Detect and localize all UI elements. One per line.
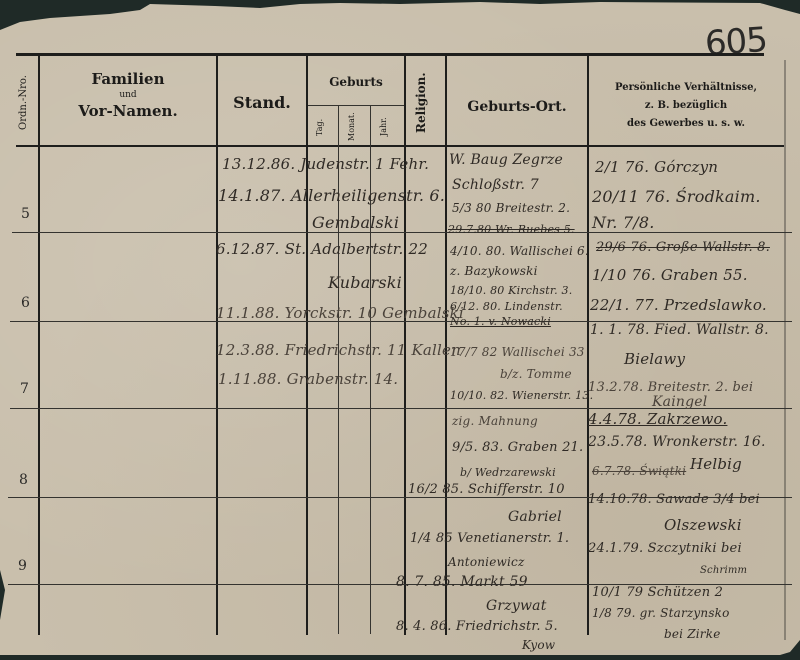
- personal-entry: 2/1 76. Górczyn: [595, 158, 718, 176]
- header-personal-line3: des Gewerbes u. s. w.: [589, 115, 783, 133]
- birthplace-entry: z. Bazykowski: [450, 264, 538, 278]
- header-ordinal: Ordn.-Nro.: [18, 66, 36, 140]
- personal-entry: 14.10.78. Sawade 3/4 bei: [588, 492, 760, 507]
- header-birth-year: Jahr.: [379, 112, 395, 142]
- row-number-5: 5: [21, 206, 30, 222]
- birthplace-entry: zig. Mahnung: [452, 414, 538, 428]
- personal-entry: Nr. 7/8.: [592, 213, 655, 232]
- row-number-9: 9: [18, 558, 27, 574]
- personal-entry: 23.5.78. Wronkerstr. 16.: [588, 434, 766, 450]
- birthplace-entry: 9/5. 83. Graben 21.: [452, 440, 583, 455]
- birthplace-entry: Kyow: [522, 638, 555, 652]
- birthplace-entry: 5/3 80 Breitestr. 2.: [452, 201, 570, 215]
- page-number: 605: [704, 20, 769, 64]
- stand-entry: Kubarski: [328, 273, 402, 292]
- birthplace-entry: W. Baug Zegrze: [449, 152, 563, 168]
- col-rule-ordinal: [38, 55, 40, 635]
- stand-entry: 14.1.87. Allerheiligenstr. 6.: [218, 186, 445, 205]
- birthplace-entry: 16/2 85. Schifferstr. 10: [408, 482, 565, 497]
- birthplace-entry: 18/10. 80 Kirchstr. 3.: [450, 284, 572, 297]
- stand-entry: 12.3.88. Friedrichstr. 11 Kallen: [216, 341, 461, 359]
- birthplace-entry: 1/4 85 Venetianerstr. 1.: [410, 531, 569, 546]
- header-status: Stand.: [218, 93, 306, 112]
- header-birth-month: Monat.: [347, 110, 363, 144]
- birthplace-entry: b/z. Tomme: [500, 367, 572, 381]
- row-number-6: 6: [21, 295, 30, 311]
- birthplace-entry: Grzywat: [486, 598, 547, 614]
- header-birth-day: Tag.: [315, 112, 331, 142]
- birthplace-entry: 8. 4. 86. Friedrichstr. 5.: [396, 619, 558, 634]
- birthplace-entry: b/ Wedrzarewski: [460, 466, 556, 479]
- register-page: 605 Ordn.-Nro. Familien und Vor-Namen. S…: [0, 0, 800, 660]
- birthplace-entry: 4/10. 80. Wallischei 6.: [450, 244, 589, 258]
- personal-entry: 10/1 79 Schützen 2: [592, 585, 723, 600]
- personal-entry: 13.2.78. Breitestr. 2. bei: [588, 380, 753, 395]
- birthplace-entry: 6/12. 80. Lindenstr.: [450, 300, 563, 313]
- personal-entry: Helbig: [690, 455, 742, 473]
- header-personal-line1: Persönliche Verhältnisse,: [589, 79, 783, 97]
- geburts-sub-rule: [307, 105, 404, 106]
- personal-entry: bei Zirke: [664, 627, 721, 641]
- header-personal-line2: z. B. bezüglich: [589, 97, 783, 115]
- header-top-rule: [16, 53, 764, 56]
- header-religion: Religion.: [414, 65, 436, 141]
- personal-entry: 22/1. 77. Przedslawko.: [590, 296, 767, 314]
- personal-entry: 20/11 76. Środkaim.: [592, 187, 761, 206]
- personal-entry: Schrimm: [700, 565, 747, 576]
- personal-entry: 1/8 79. gr. Starzynsko: [592, 606, 730, 620]
- personal-entry: Kaingel: [652, 394, 707, 410]
- row-number-7: 7: [20, 381, 29, 397]
- personal-entry: 1. 1. 78. Fied. Wallstr. 8.: [590, 322, 769, 338]
- stand-entry: 6.12.87. St. Adalbertstr. 22: [216, 240, 428, 258]
- stand-entry: 13.12.86. Judenstr. 1 Fehr.: [222, 155, 429, 173]
- personal-entry: 24.1.79. Szczytniki bei: [588, 541, 742, 556]
- personal-entry: 1/10 76. Graben 55.: [592, 266, 748, 284]
- birthplace-entry: 29.7.80 Wr. Ruebes 5.: [448, 223, 575, 236]
- birthplace-entry: Schloßstr. 7: [452, 177, 539, 193]
- birthplace-entry: Gabriel: [508, 509, 562, 525]
- header-names-line3: Vor-Namen.: [40, 102, 216, 120]
- birthplace-entry: 8. 7. 85. Markt 59: [396, 574, 528, 590]
- row-number-8: 8: [19, 472, 28, 488]
- personal-entry: Olszewski: [664, 516, 742, 534]
- header-names: Familien und Vor-Namen.: [40, 70, 216, 120]
- birthplace-entry: Antoniewicz: [448, 555, 524, 569]
- header-names-line1: Familien: [40, 70, 216, 88]
- header-birth: Geburts: [308, 75, 404, 89]
- birthplace-entry: 10/10. 82. Wienerstr. 13.: [450, 389, 593, 402]
- stand-entry: 11.1.88. Yorckstr. 10 Gembalski: [216, 304, 464, 322]
- stand-entry: Gembalski: [312, 213, 399, 232]
- row-separator-5: [12, 232, 792, 233]
- page-right-edge-rule: [784, 60, 786, 640]
- personal-entry: 4.4.78. Zakrzewo.: [588, 410, 727, 428]
- personal-entry: 6.7.78. Świątki: [592, 464, 686, 478]
- birthplace-entry: No. 1. v. Nowacki: [450, 315, 551, 328]
- birthplace-entry: 17/7 82 Wallischei 33: [450, 345, 585, 359]
- header-names-line2: und: [40, 90, 216, 100]
- stand-entry: 1.11.88. Grabenstr. 14.: [218, 370, 398, 388]
- personal-entry: 29/6 76. Große Wallstr. 8.: [596, 240, 770, 255]
- personal-entry: Bielawy: [624, 350, 685, 368]
- header-personal: Persönliche Verhältnisse, z. B. bezüglic…: [589, 79, 783, 133]
- header-bottom-rule: [16, 145, 784, 147]
- header-birthplace: Geburts-Ort.: [447, 99, 587, 115]
